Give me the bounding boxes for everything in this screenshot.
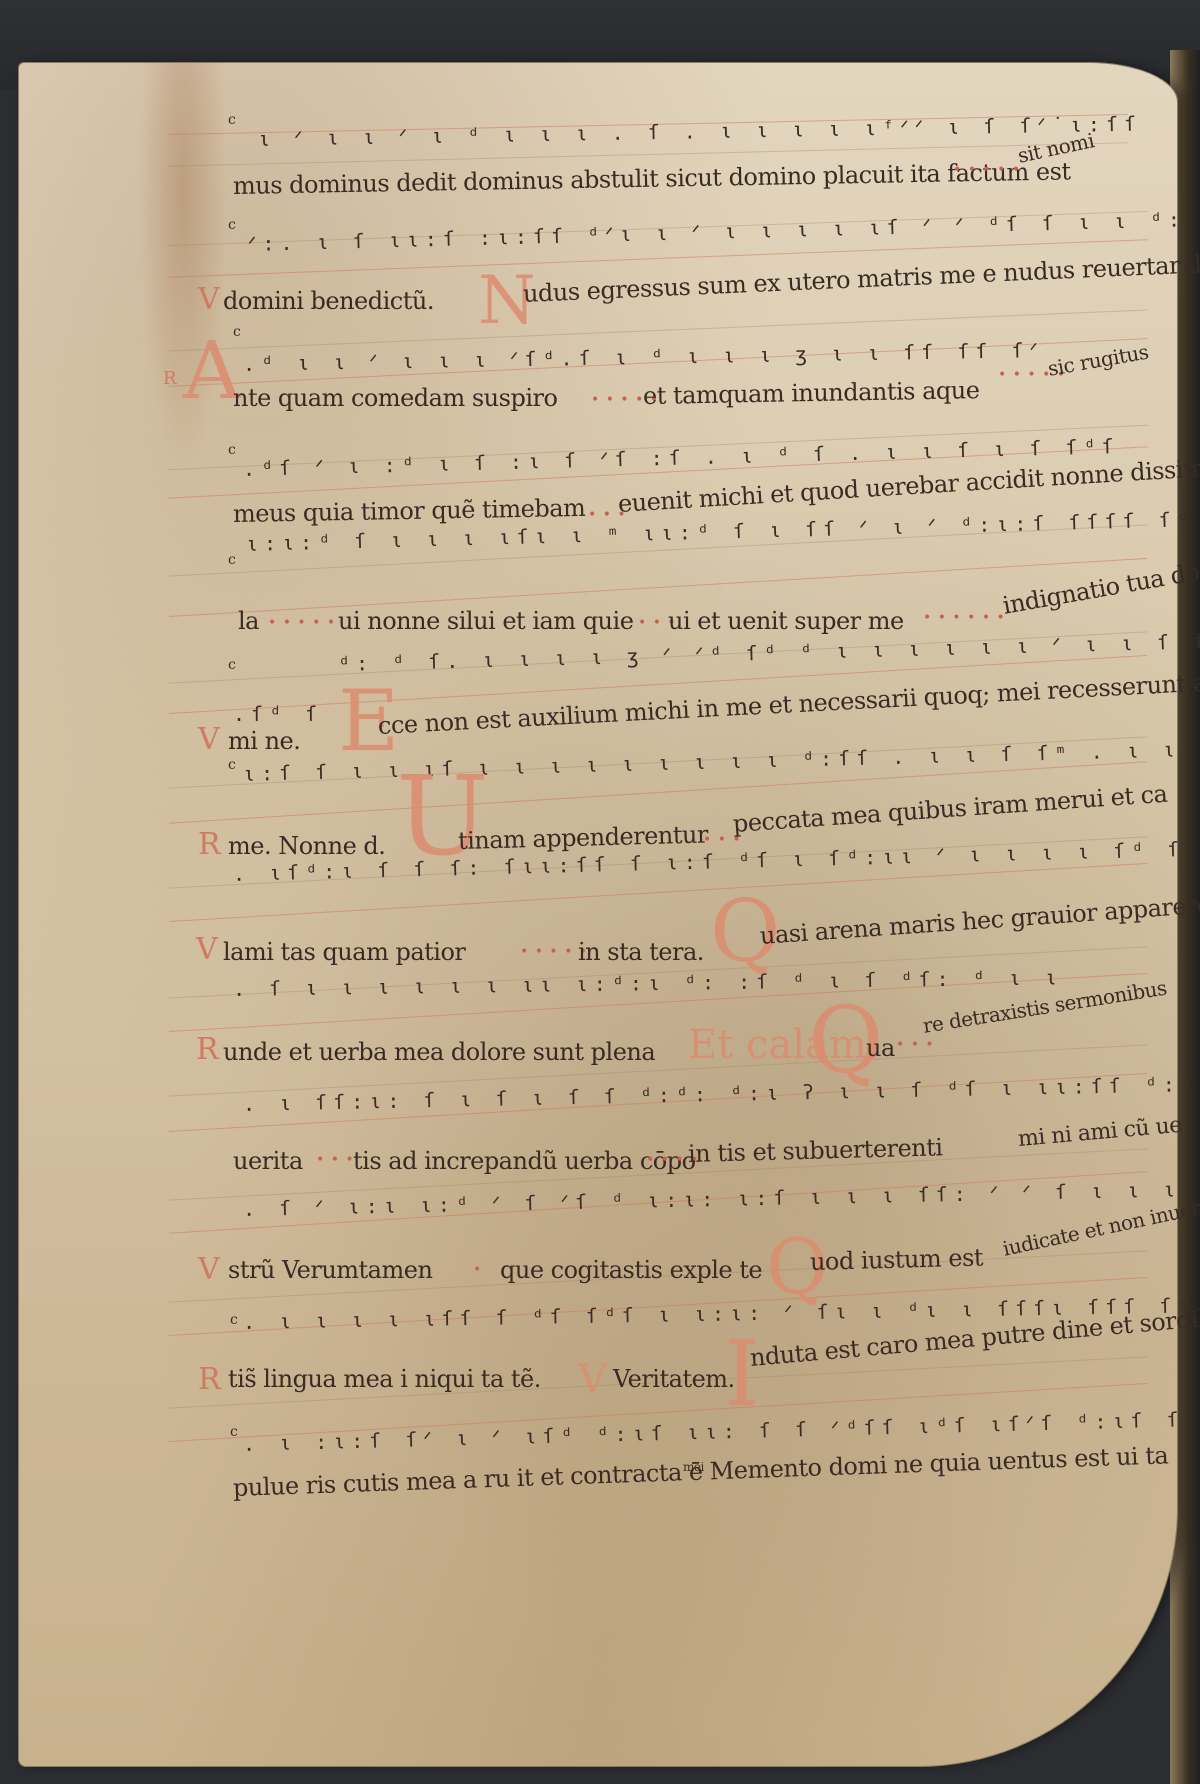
chant-text-line: uod iustum est bbox=[810, 1243, 984, 1276]
rubric-marker-responsory: R bbox=[198, 827, 221, 862]
rubric-dots: • • • • • bbox=[953, 162, 1021, 178]
chant-text-pre: mi ne. bbox=[228, 727, 300, 755]
chant-text-pre: strũ Verumtamen bbox=[228, 1256, 432, 1284]
chant-text-line: udus egressus sum ex utero matris me e n… bbox=[522, 249, 1200, 308]
rubric-dots: • • • bbox=[896, 1037, 935, 1053]
rubric-marker-versus: V bbox=[196, 932, 218, 967]
chant-text-line: mus dominus dedit dominus abstulit sicut… bbox=[233, 157, 1071, 200]
rubric-dots: • • • • • • bbox=[923, 610, 1006, 626]
chant-text-tail: indignatio tua do bbox=[1001, 558, 1200, 620]
chant-text-pre: lami tas quam patior bbox=[223, 938, 465, 966]
rubric-marker-versus: V bbox=[198, 722, 220, 757]
decorated-initial: I bbox=[724, 1322, 760, 1427]
clef-c: c bbox=[228, 217, 236, 233]
neume-row: .ſᵈ ſ bbox=[233, 702, 323, 726]
chant-text-mid2: in tis et subuerterenti bbox=[688, 1133, 943, 1168]
chant-text-line: cce non est auxilium michi in me et nece… bbox=[377, 669, 1200, 740]
chant-text-line: nte quam comedam suspiro bbox=[233, 384, 557, 412]
clef-c: c bbox=[228, 657, 236, 673]
chant-text-mid: ui nonne silui et iam quie bbox=[338, 607, 633, 635]
rubric-marker-versus: V bbox=[198, 1252, 220, 1287]
chant-text-mid: que cogitastis exple te bbox=[500, 1256, 762, 1284]
clef-c: c bbox=[230, 1312, 238, 1328]
chant-text-line: uasi arena maris hec grauior appareret bbox=[759, 890, 1200, 950]
clef-c: c bbox=[228, 552, 236, 568]
clef-c: c bbox=[230, 1424, 238, 1440]
chant-text-line: ua bbox=[866, 1034, 895, 1062]
chant-text-mid: in sta tera. bbox=[578, 938, 704, 966]
neume-row: . ι ſſ:ι: ſ ι ſ ι ſ ſ ᵈ:ᵈ: ᵈ:ι ʔ ι ι ſ ᵈ… bbox=[243, 1072, 1199, 1116]
chant-text-tail: sic rugitus bbox=[1046, 340, 1150, 381]
clef-c: c bbox=[228, 442, 236, 458]
parchment-folio: c ι ᐟ ι ι ᐟ ι ᵈ ι ι ι . ſ . ι ι ι ι ιᶠᐟᐟ… bbox=[18, 62, 1178, 1767]
rubric-marker-versus: V bbox=[198, 282, 220, 317]
clef-c: c bbox=[228, 112, 236, 128]
chant-text-pre: tis̃ lingua mea i niqui ta tẽ. bbox=[228, 1365, 541, 1393]
rubric-marker-responsory: R bbox=[198, 1362, 221, 1397]
rubric-marker-responsory: R bbox=[163, 368, 177, 389]
chant-text-mid: peccata mea quibus iram merui et ca bbox=[732, 780, 1168, 838]
ruling-line bbox=[169, 558, 1147, 617]
chant-text-line: la bbox=[238, 607, 259, 635]
neume-row: ᐟ:. ι ſ ιι:ſ :ι:ſſ ᵈᐟι ι ᐟ ι ι ι ι ιſ ᐟ … bbox=[248, 207, 1187, 256]
chant-text-mid: Veritatem. bbox=[613, 1365, 735, 1393]
manuscript-viewer: c ι ᐟ ι ι ᐟ ι ᵈ ι ι ι . ſ . ι ι ι ι ιᶠᐟᐟ… bbox=[0, 0, 1200, 1784]
chant-text-mid2: ui et uenit super me bbox=[668, 607, 904, 635]
decorated-initial-small: V bbox=[578, 1357, 607, 1403]
rubric-marker-responsory: R bbox=[196, 1032, 219, 1067]
chant-text-tail: mi ni ami cũ ue bbox=[1017, 1113, 1183, 1152]
neume-row: ᵈ: ᵈ ſ. ι ι ι ι ʒ ᐟ ᐟᵈ ſᵈ ᵈ ι ι ι ι ι ι … bbox=[338, 628, 1200, 676]
chant-text-line: uerita bbox=[233, 1147, 303, 1175]
chant-text-line: meus quia timor quẽ timebam bbox=[233, 494, 586, 528]
chant-text-mid: tis ad increpandũ uerba cōpo bbox=[353, 1147, 696, 1175]
rubric-dots: • bbox=[473, 1262, 482, 1278]
chant-text-pre: me. Nonne d. bbox=[228, 832, 385, 860]
chant-text-pre: unde et uerba mea dolore sunt plena bbox=[223, 1038, 655, 1066]
neume-row: . ſ ι ι ι ι ι ι ιι ι:ᵈ:ι ᵈ: :ſ ᵈ ι ſ ᵈſ:… bbox=[233, 965, 1063, 1001]
rubric-dots: • • • bbox=[316, 1152, 355, 1168]
chant-text-pre: domini benedictũ. bbox=[223, 287, 434, 315]
chant-text-mid: et tamquam inundantis aque bbox=[643, 376, 980, 410]
neume-row: .ᵈ ι ι ᐟ ι ι ι ᐟſᵈ.ſ ι ᵈ ι ι ι ʒ ι ι ſſ … bbox=[243, 338, 1044, 376]
clef-c: c bbox=[228, 757, 236, 773]
rubric-dots: • • • • • bbox=[268, 615, 336, 631]
neume-row: . ſ ᐟ ι:ι ι:ᵈ ᐟ ſ ᐟſ ᵈ ι:ι: ι:ſ ι ι ι ſſ… bbox=[243, 1177, 1182, 1221]
